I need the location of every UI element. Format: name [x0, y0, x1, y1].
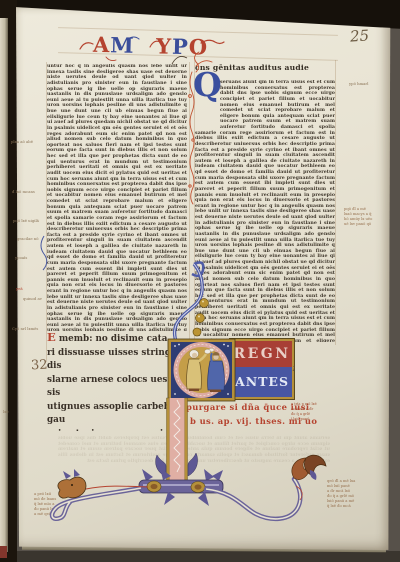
- historiated-initial-p: [52, 262, 326, 518]
- initial-p-bowl: [168, 339, 235, 401]
- leaf-flower-ornament: [292, 455, 326, 500]
- page-content: seruans aiunt qm in terra uisus est et c…: [0, 0, 400, 562]
- right-tendril: [206, 455, 326, 519]
- header-flourish: [80, 37, 224, 61]
- ascender-flourish: [172, 56, 187, 64]
- margin-flourish-blue: [41, 236, 47, 270]
- initial-p-shaft: [156, 398, 198, 480]
- penwork-flourish-q: [189, 52, 212, 204]
- illumination-layer: [0, 0, 400, 562]
- left-tendril: [52, 469, 148, 519]
